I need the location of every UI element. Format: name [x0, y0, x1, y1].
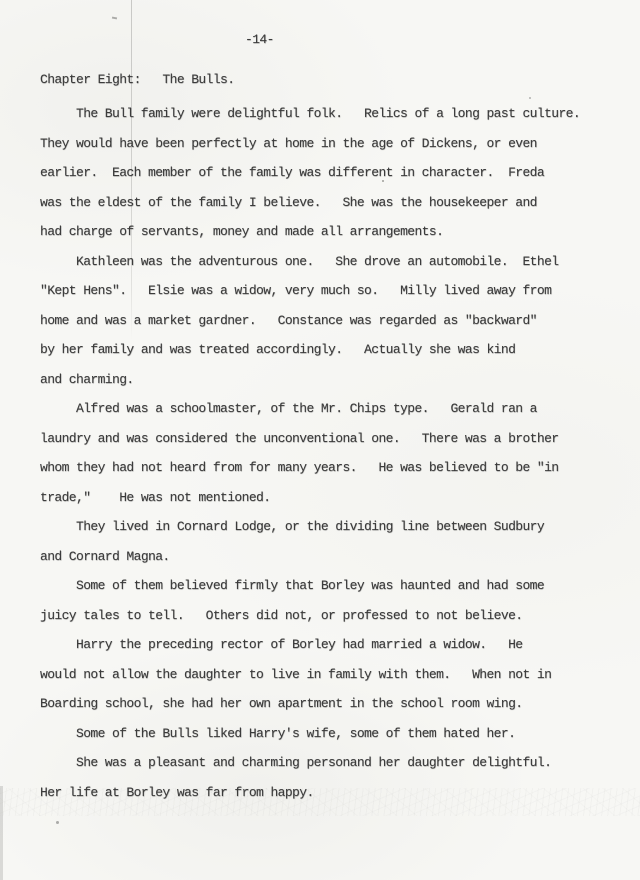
text-line: and charming. — [40, 365, 620, 395]
text-line: The Bull family were delightful folk. Re… — [40, 99, 620, 129]
scan-speck — [112, 17, 117, 20]
text-line: home and was a market gardner. Constance… — [40, 306, 620, 336]
text-line: They lived in Cornard Lodge, or the divi… — [40, 512, 620, 542]
chapter-heading: Chapter Eight: The Bulls. — [40, 73, 234, 87]
text-line: juicy tales to tell. Others did not, or … — [40, 601, 620, 631]
text-line: and Cornard Magna. — [40, 542, 620, 572]
document-page: -14- Chapter Eight: The Bulls. The Bull … — [0, 0, 640, 880]
text-line: She was a pleasant and charming personan… — [40, 748, 620, 778]
text-line: Some of them believed firmly that Borley… — [40, 571, 620, 601]
text-line: "Kept Hens". Elsie was a widow, very muc… — [40, 276, 620, 306]
text-line: Boarding school, she had her own apartme… — [40, 689, 620, 719]
text-line: Alfred was a schoolmaster, of the Mr. Ch… — [40, 394, 620, 424]
text-line: had charge of servants, money and made a… — [40, 217, 620, 247]
text-line: would not allow the daughter to live in … — [40, 660, 620, 690]
text-line: Her life at Borley was far from happy. — [40, 778, 620, 808]
scan-speck — [56, 821, 59, 824]
text-line: Some of the Bulls liked Harry's wife, so… — [40, 719, 620, 749]
text-line: Harry the preceding rector of Borley had… — [40, 630, 620, 660]
text-block: The Bull family were delightful folk. Re… — [40, 99, 620, 807]
text-line: was the eldest of the family I believe. … — [40, 188, 620, 218]
text-line: laundry and was considered the unconvent… — [40, 424, 620, 454]
text-line: trade," He was not mentioned. — [40, 483, 620, 513]
page-number: -14- — [245, 33, 274, 47]
text-line: Kathleen was the adventurous one. She dr… — [40, 247, 620, 277]
scan-edge-shade — [0, 786, 3, 880]
text-line: by her family and was treated accordingl… — [40, 335, 620, 365]
text-line: earlier. Each member of the family was d… — [40, 158, 620, 188]
text-line: whom they had not heard from for many ye… — [40, 453, 620, 483]
text-line: They would have been perfectly at home i… — [40, 129, 620, 159]
